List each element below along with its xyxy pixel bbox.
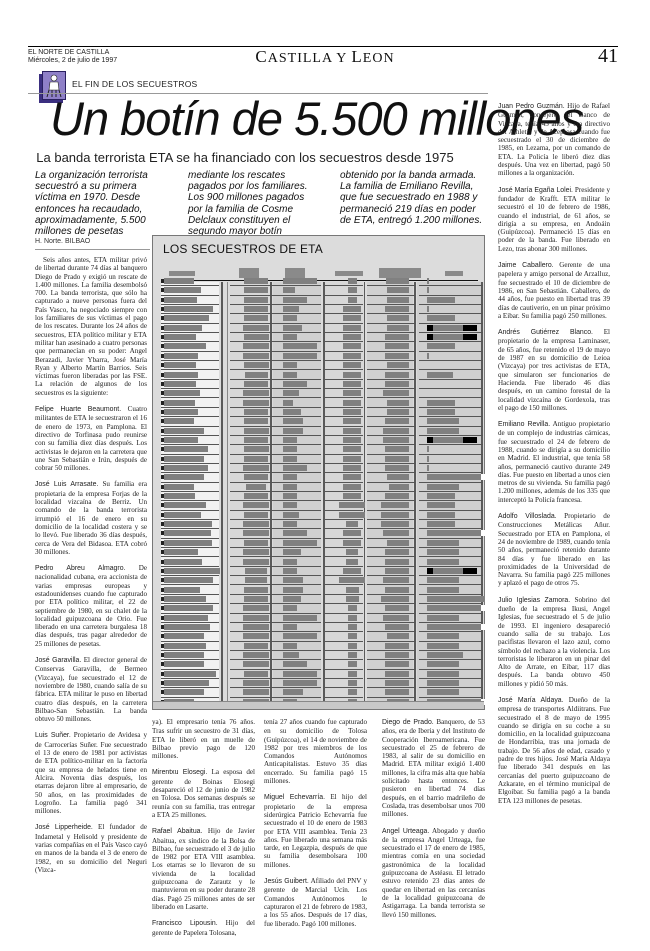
table-cell	[243, 549, 269, 555]
table-cell	[381, 502, 409, 508]
entry-text: Su familia era propietaria de la empresa…	[35, 480, 147, 555]
table-row	[161, 604, 478, 613]
table-cell	[427, 661, 459, 667]
entry-text: Antiguo propietario de un complejo de in…	[498, 420, 610, 504]
entry-text: Propietario de Avidesa y de Carrocerías …	[35, 731, 147, 815]
table-cell	[427, 502, 455, 508]
intro-paragraph: Seis años antes, ETA militar privó de li…	[35, 256, 147, 397]
table-cell	[343, 446, 361, 452]
table-cell	[244, 381, 268, 387]
table-cell	[283, 315, 297, 321]
entry-name: José María Egaña Lolei.	[498, 187, 573, 194]
table-cell	[283, 484, 297, 490]
table-cell	[339, 577, 365, 583]
table-cell	[427, 297, 455, 303]
table-row	[161, 483, 478, 492]
table-cell	[385, 306, 409, 312]
table-row	[161, 642, 478, 651]
table-row	[161, 399, 478, 408]
entry-name: José María Aldaya.	[498, 697, 564, 704]
table-cell	[348, 297, 357, 303]
table-cell	[164, 661, 204, 667]
table-row	[161, 455, 478, 464]
table-cell	[427, 287, 429, 293]
table-cell	[427, 530, 481, 536]
table-row	[161, 296, 478, 305]
table-row	[161, 464, 478, 473]
table-cell	[385, 381, 409, 387]
table-cell	[283, 372, 297, 378]
table-cell	[343, 465, 361, 471]
table-cell	[164, 624, 210, 630]
table-cell	[387, 400, 409, 406]
table-cell	[427, 315, 455, 321]
table-cell	[385, 605, 409, 611]
table-cell	[164, 484, 194, 490]
table-cell-highlight	[481, 474, 489, 480]
table-cell	[164, 428, 204, 434]
table-cell	[385, 587, 409, 593]
table-cell	[245, 568, 267, 574]
table-row	[161, 324, 478, 333]
table-cell	[339, 502, 365, 508]
section-rest-1: ASTILLA Y	[268, 51, 352, 66]
entry-text: De nacionalidad cubana, era accionista d…	[35, 564, 147, 648]
table-row	[161, 567, 478, 576]
table-cell	[283, 633, 317, 639]
table-cell	[427, 549, 459, 555]
table-cell	[283, 381, 307, 387]
table-cell	[245, 372, 268, 378]
table-cell	[427, 372, 453, 378]
entry-paragraph: Rafael Abaitua. Hijo de Javier Abaitua, …	[152, 827, 255, 911]
table-row	[161, 380, 478, 389]
table-cell	[164, 418, 194, 424]
table-column-header	[445, 271, 463, 276]
table-cell-highlight	[427, 334, 433, 340]
table-cell	[387, 540, 409, 546]
table-cell-highlight	[485, 596, 493, 602]
table-cell	[283, 596, 301, 602]
table-cell	[343, 484, 361, 490]
table-cell	[427, 353, 429, 359]
table-cell	[427, 521, 455, 527]
table-cell	[283, 652, 299, 658]
table-cell	[385, 418, 409, 424]
table-row	[161, 576, 478, 585]
table-cell	[246, 484, 266, 490]
table-cell	[387, 315, 409, 321]
table-cell	[283, 587, 303, 593]
table-row	[161, 333, 478, 342]
table-cell-highlight	[427, 325, 433, 331]
table-cell	[243, 343, 269, 349]
table-row	[161, 417, 478, 426]
table-cell	[243, 353, 269, 359]
table-cell	[283, 577, 303, 583]
table-cell	[244, 512, 268, 518]
entry-text: Presidente y fundador de Krafft. ETA mil…	[498, 186, 610, 253]
table-cell	[346, 521, 358, 527]
entry-name: Mirentxu Elosegi.	[152, 769, 207, 776]
table-cell	[244, 493, 268, 499]
table-cell-highlight	[481, 530, 489, 536]
table-cell	[385, 493, 409, 499]
table-cell	[244, 334, 269, 340]
table-cell	[164, 334, 196, 340]
table-cell	[164, 287, 201, 293]
table-cell	[343, 372, 361, 378]
table-row	[161, 492, 478, 501]
table-cell	[244, 587, 268, 593]
table-cell	[386, 278, 409, 284]
table-cell	[164, 568, 220, 574]
table-cell	[383, 437, 409, 443]
table-cell	[283, 615, 317, 621]
table-cell	[243, 502, 269, 508]
entry-text: Abogado y dueño de la empresa Angel Urte…	[382, 827, 485, 919]
table-cell	[348, 661, 357, 667]
lede-part-2: mediante los rescates pagados por los fa…	[188, 170, 318, 237]
table-cell	[244, 362, 269, 368]
table-cell	[387, 633, 409, 639]
entry-text: Cuatro militantes de ETA le secuestraron…	[35, 405, 147, 472]
table-cell	[283, 437, 297, 443]
table-cell	[346, 587, 359, 593]
table-cell	[164, 633, 204, 639]
table-cell	[348, 615, 357, 621]
table-row	[161, 352, 478, 361]
table-cell	[283, 428, 303, 434]
table-row	[161, 548, 478, 557]
entry-paragraph: José Luis Arrasate. Su familia era propi…	[35, 480, 147, 556]
entry-paragraph: Adolfo Villoslada. Propietario de Constr…	[498, 512, 610, 588]
entry-text: Dueño de la empresa de transportes Aldii…	[498, 696, 610, 805]
table-cell	[164, 643, 206, 649]
article-column-1: Seis años antes, ETA militar privó de li…	[35, 256, 147, 882]
table-cell	[243, 661, 269, 667]
table-cell	[343, 362, 361, 368]
table-cell	[244, 540, 268, 546]
table-cell	[164, 512, 201, 518]
table-cell	[283, 456, 297, 462]
table-cell	[348, 624, 357, 630]
entry-paragraph: Miguel Echevarría. El hijo del propietar…	[264, 793, 367, 869]
table-cell	[348, 671, 357, 677]
table-cell	[243, 521, 269, 527]
table-cell	[343, 381, 361, 387]
table-cell	[164, 521, 212, 527]
table-cell	[164, 409, 198, 415]
table-cell	[385, 689, 409, 695]
table-cell	[343, 474, 361, 480]
table-row	[161, 660, 478, 669]
table-cell	[283, 278, 317, 284]
table-cell	[343, 428, 361, 434]
table-cell	[348, 643, 357, 649]
table-row	[161, 511, 478, 520]
table-cell	[243, 400, 269, 406]
table-cell	[385, 334, 409, 340]
entry-paragraph: José Garavilla. El director general de C…	[35, 656, 147, 723]
entry-name: Andrés Gutiérrez Blanco.	[498, 329, 593, 336]
table-row	[161, 436, 478, 445]
table-cell	[164, 372, 198, 378]
table-cell	[283, 390, 299, 396]
table-cell	[427, 540, 459, 546]
table-cell	[427, 633, 459, 639]
entry-name: Diego de Prado.	[382, 719, 434, 726]
entry-name: Francisco Lipousin.	[152, 920, 218, 927]
table-cell	[164, 278, 194, 284]
table-cell	[385, 353, 409, 359]
table-cell	[283, 559, 297, 565]
table-row	[161, 314, 478, 323]
table-cell	[164, 381, 196, 387]
table-cell	[427, 456, 429, 462]
table-cell	[385, 661, 409, 667]
table-cell	[343, 390, 361, 396]
entry-text: Hijo de Javier Abaitua, ex síndico de la…	[152, 827, 255, 911]
table-cell	[164, 502, 206, 508]
table-cell	[164, 456, 204, 462]
table-cell	[243, 605, 269, 611]
table-cell	[283, 287, 295, 293]
entry-text: tenía 27 años cuando fue capturado en su…	[264, 718, 367, 785]
table-cell	[164, 540, 212, 546]
table-cell	[348, 605, 357, 611]
table-row	[161, 277, 478, 286]
table-cell	[427, 652, 463, 658]
table-cell	[427, 671, 459, 677]
table-cell	[164, 587, 200, 593]
table-cell	[385, 652, 409, 658]
entry-paragraph: Mirentxu Elosegi. La esposa del gerente …	[152, 768, 255, 819]
table-cell	[343, 343, 361, 349]
table-cell	[427, 306, 429, 312]
table-cell	[283, 568, 297, 574]
table-cell	[427, 343, 455, 349]
table-cell	[164, 400, 195, 406]
table-cell	[164, 605, 213, 611]
table-cell	[427, 577, 459, 583]
entry-paragraph: Julio Iglesias Zamora. Sobrino del dueño…	[498, 596, 610, 688]
table-cell	[385, 446, 409, 452]
table-cell	[164, 577, 213, 583]
entry-name: José Garavilla.	[35, 657, 81, 664]
table-cell	[383, 577, 409, 583]
table-cell	[427, 587, 459, 593]
table-cell	[348, 680, 357, 686]
entry-paragraph: Diego de Prado. Banquero, de 53 años, er…	[382, 718, 485, 819]
table-cell	[243, 325, 269, 331]
entry-name: Jaime Caballero.	[498, 262, 554, 269]
table-cell	[244, 671, 268, 677]
entry-paragraph: Angel Urteaga. Abogado y dueño de la emp…	[382, 827, 485, 919]
entry-paragraph: tenía 27 años cuando fue capturado en su…	[264, 718, 367, 785]
table-cell	[283, 297, 307, 303]
table-row	[161, 670, 478, 679]
table-cell	[427, 446, 429, 452]
table-cell	[348, 633, 357, 639]
table-cell	[383, 428, 409, 434]
table-cell	[164, 306, 213, 312]
table-cell	[343, 315, 361, 321]
table-cell	[385, 456, 409, 462]
table-cell	[283, 325, 302, 331]
table-cell-highlight	[463, 568, 477, 574]
table-cell	[387, 362, 409, 368]
table-cell	[385, 465, 409, 471]
table-cell	[427, 559, 459, 565]
table-cell	[164, 325, 202, 331]
table-cell	[343, 353, 361, 359]
table-cell	[244, 287, 268, 293]
entry-text: Gerente de una papelera y amigo personal…	[498, 261, 610, 320]
table-row	[161, 520, 478, 529]
table-cell	[383, 390, 409, 396]
article-column-5: Juan Pedro Guzmán. Hijo de Rafael Guzmán…	[498, 102, 610, 813]
table-cell	[243, 530, 269, 536]
entry-paragraph: Felipe Huarte Beaumont. Cuatro militante…	[35, 405, 147, 472]
table-cell	[164, 530, 211, 536]
table-cell	[244, 409, 268, 415]
table-cell-highlight	[463, 437, 477, 443]
table-cell	[164, 362, 196, 368]
table-cell	[346, 559, 358, 565]
entry-paragraph: Jesús Guibert. Afiliado del PNV y gerent…	[264, 877, 367, 928]
entries-column-3: tenía 27 años cuando fue capturado en su…	[264, 718, 367, 928]
table-cell	[164, 437, 198, 443]
table-cell	[385, 624, 409, 630]
table-cell	[283, 605, 297, 611]
table-cell	[348, 278, 357, 284]
entry-paragraph: José María Egaña Lolei. Presidente y fun…	[498, 186, 610, 253]
entry-name: Adolfo Villoslada.	[498, 513, 557, 520]
table-cell	[343, 540, 361, 546]
entry-text: Hijo de Rafael Guzmán, consejero del Ban…	[498, 102, 610, 177]
table-cell	[244, 418, 268, 424]
table-cell	[244, 446, 269, 452]
table-cell	[385, 680, 409, 686]
table-row	[161, 427, 478, 436]
table-cell	[244, 643, 268, 649]
table-cell	[385, 559, 409, 565]
table-row	[161, 361, 478, 370]
entry-name: Emiliano Revilla.	[498, 421, 550, 428]
table-cell	[343, 493, 361, 499]
table-cell	[343, 400, 361, 406]
table-cell	[343, 437, 361, 443]
table-cell	[343, 530, 361, 536]
page-number: 41	[598, 45, 618, 68]
table-footer	[153, 701, 484, 709]
table-cell	[244, 306, 268, 312]
entry-text: Propietario de Construcciones Metálicas …	[498, 512, 610, 587]
table-cell	[381, 521, 409, 527]
table-cell	[348, 652, 357, 658]
table-cell	[387, 474, 409, 480]
table-cell	[283, 680, 317, 686]
entry-name: Julio Iglesias Zamora.	[498, 597, 570, 604]
entry-text: El propietario de la empresa Laminaser, …	[498, 328, 610, 412]
kidnappings-table: LOS SECUESTROS DE ETA	[152, 235, 485, 710]
table-cell	[385, 549, 409, 555]
table-cell	[244, 297, 268, 303]
table-cell	[243, 652, 269, 658]
table-cell	[164, 493, 195, 499]
entry-name: Miguel Echevarría.	[264, 794, 325, 801]
table-cell	[427, 428, 459, 434]
table-cell	[283, 306, 299, 312]
entry-text: Sobrino del dueño de la empresa Ikusi, A…	[498, 596, 610, 688]
table-cell	[283, 418, 303, 424]
table-cell-highlight	[481, 624, 489, 630]
table-cell	[164, 297, 197, 303]
table-cell	[427, 624, 481, 630]
table-cell	[343, 456, 361, 462]
table-cell	[348, 287, 357, 293]
table-cell	[244, 315, 268, 321]
entry-name: Felipe Huarte Beaumont.	[35, 406, 121, 413]
table-cell	[427, 512, 455, 518]
byline-rule	[35, 249, 150, 250]
table-cell	[283, 362, 297, 368]
entry-paragraph: Andrés Gutiérrez Blanco. El propietario …	[498, 328, 610, 412]
entry-paragraph: Juan Pedro Guzmán. Hijo de Rafael Guzmán…	[498, 102, 610, 178]
table-title: LOS SECUESTROS DE ETA	[163, 242, 323, 256]
section-initial-2: L	[351, 47, 362, 66]
table-cell	[245, 577, 267, 583]
entries-column-2: ya). El empresario tenía 76 años. Tras s…	[152, 718, 255, 937]
entry-name: José Lipperheide.	[35, 824, 93, 831]
table-cell	[283, 661, 307, 667]
table-cell	[283, 521, 297, 527]
table-cell	[283, 502, 297, 508]
article-column-2: ya). El empresario tenía 76 años. Tras s…	[152, 718, 255, 945]
entry-paragraph: Luis Suñer. Propietario de Avidesa y de …	[35, 731, 147, 815]
table-cell	[381, 512, 409, 518]
table-cell	[283, 474, 297, 480]
table-cell	[164, 559, 202, 565]
table-cell	[385, 568, 409, 574]
entries-column-5: Juan Pedro Guzmán. Hijo de Rafael Guzmán…	[498, 102, 610, 805]
entry-paragraph: Jaime Caballero. Gerente de una papelera…	[498, 261, 610, 320]
table-cell	[387, 325, 409, 331]
table-cell	[283, 549, 301, 555]
table-cell	[283, 530, 307, 536]
byline: H. Norte. BILBAO	[35, 238, 90, 245]
table-row	[161, 501, 478, 510]
table-cell	[427, 493, 455, 499]
table-cell	[283, 409, 301, 415]
section-initial-1: C	[255, 47, 267, 66]
table-cell	[427, 643, 459, 649]
entry-text: El hijo del propietario de la empresa si…	[264, 793, 367, 868]
table-row	[161, 539, 478, 548]
table-cell	[164, 474, 204, 480]
kicker: EL FIN DE LOS SECUESTROS	[72, 79, 197, 89]
table-cell	[383, 615, 409, 621]
table-cell	[243, 633, 269, 639]
table-cell	[427, 278, 429, 284]
lede-part-3: obtenido por la banda armada. La familia…	[340, 170, 485, 226]
table-cell	[283, 624, 297, 630]
subheadline: La banda terrorista ETA se ha financiado…	[0, 150, 490, 165]
table-row	[161, 408, 478, 417]
table-cell	[427, 400, 455, 406]
table-row	[161, 679, 478, 688]
